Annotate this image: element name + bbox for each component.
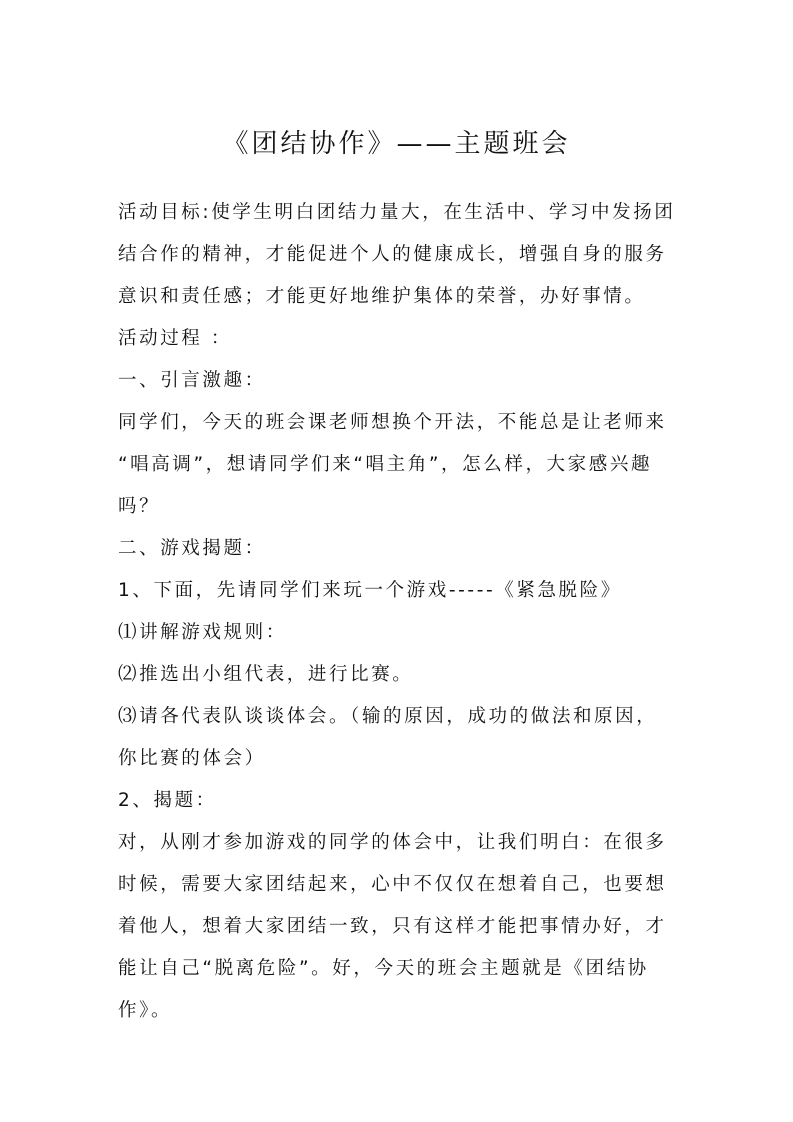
section-heading: 活动过程 ： xyxy=(118,318,676,360)
text-line: 同学们，今天的班会课老师想换个开法，不能总是让老师来 xyxy=(118,402,676,444)
list-item: ⑵推选出小组代表，进行比赛。 xyxy=(118,654,676,696)
document-page: 《团结协作》——主题班会 活动目标:使学生明白团结力量大，在生活中、学习中发扬团… xyxy=(0,0,793,1122)
text-line: “唱高调”，想请同学们来“唱主角”，怎么样，大家感兴趣 xyxy=(118,444,676,486)
list-item: ⑴讲解游戏规则： xyxy=(118,612,676,654)
text-line: 1、下面，先请同学们来玩一个游戏-----《紧急脱险》 xyxy=(118,570,676,612)
text-line: 结合作的精神，才能促进个人的健康成长，增强自身的服务 xyxy=(118,234,676,276)
text-line: 作》。 xyxy=(118,990,676,1032)
section-heading: 二、游戏揭题： xyxy=(118,528,676,570)
section-heading: 2、揭题： xyxy=(118,780,676,822)
text-line: 意识和责任感；才能更好地维护集体的荣誉，办好事情。 xyxy=(118,276,676,318)
list-item: ⑶请各代表队谈谈体会。（输的原因，成功的做法和原因， xyxy=(118,696,676,738)
text-line: 着他人，想着大家团结一致，只有这样才能把事情办好，才 xyxy=(118,906,676,948)
text-line: 时候，需要大家团结起来，心中不仅仅在想着自己，也要想 xyxy=(118,864,676,906)
document-body: 活动目标:使学生明白团结力量大，在生活中、学习中发扬团 结合作的精神，才能促进个… xyxy=(118,192,676,1032)
text-line: 吗？ xyxy=(118,486,676,528)
text-line: 你比赛的体会） xyxy=(118,738,676,780)
section-heading: 一、引言激趣： xyxy=(118,360,676,402)
document-title: 《团结协作》——主题班会 xyxy=(0,124,793,164)
text-line: 对，从刚才参加游戏的同学的体会中，让我们明白：在很多 xyxy=(118,822,676,864)
text-line: 活动目标:使学生明白团结力量大，在生活中、学习中发扬团 xyxy=(118,192,676,234)
text-line: 能让自己“脱离危险”。好，今天的班会主题就是《团结协 xyxy=(118,948,676,990)
